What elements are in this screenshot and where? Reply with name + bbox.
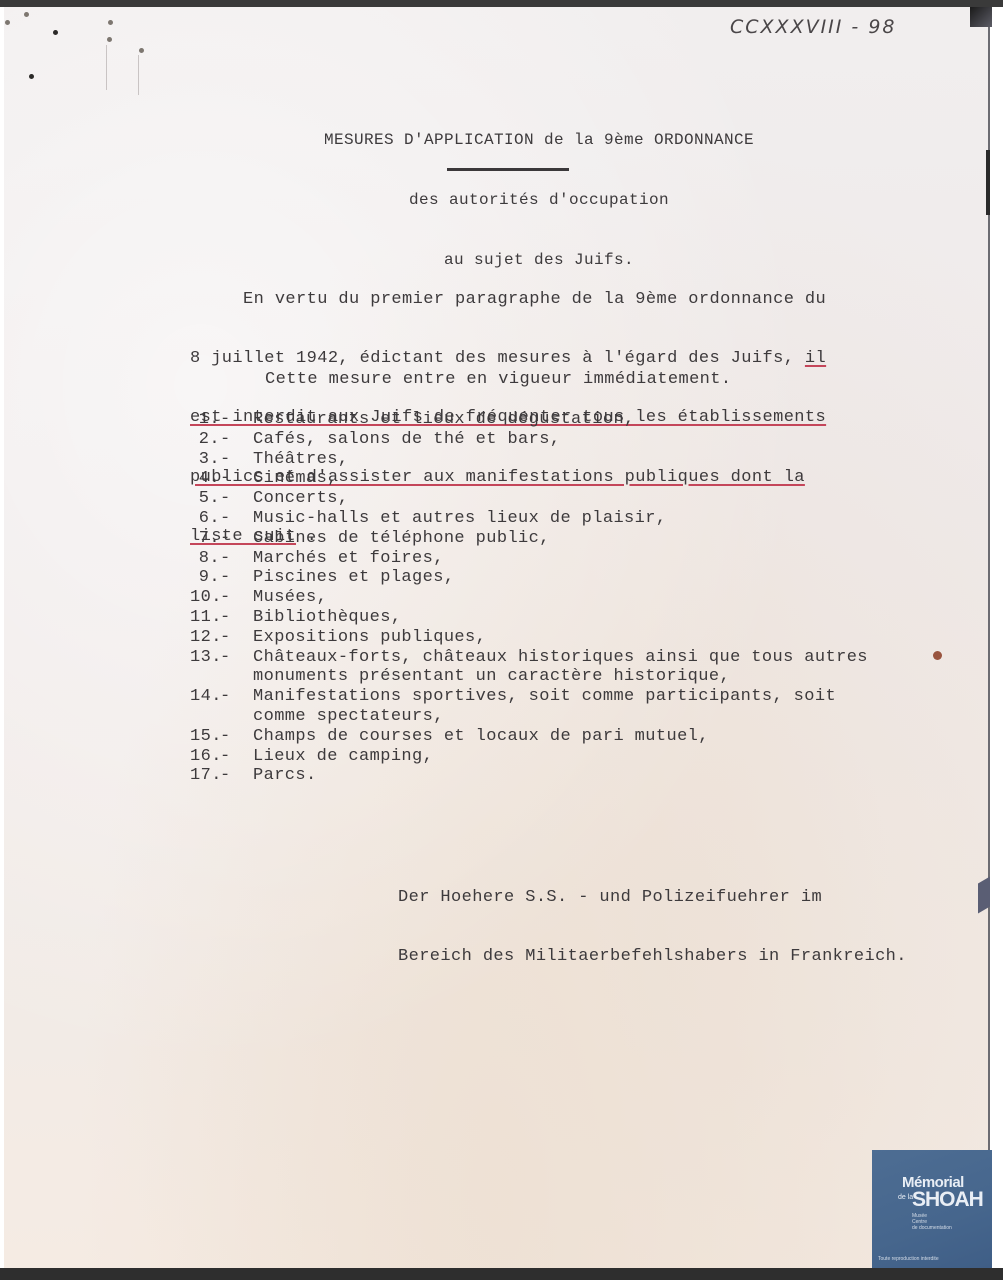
list-item-text: Restaurants et lieux de dégustation, <box>253 410 635 429</box>
list-separator: - <box>220 608 253 628</box>
list-item: 6.-Music-halls et autres lieux de plaisi… <box>190 509 868 529</box>
crease <box>138 55 139 95</box>
staple-hole <box>108 20 113 25</box>
staple-hole <box>5 20 10 25</box>
list-separator: - <box>220 747 253 767</box>
list-item-text: Champs de courses et locaux de pari mutu… <box>253 727 709 746</box>
list-item-number: 5. <box>190 489 220 509</box>
list-separator: - <box>220 766 253 786</box>
list-item: 14.-Manifestations sportives, soit comme… <box>190 687 868 707</box>
list-separator: - <box>220 628 253 648</box>
list-item-continuation: monuments présentant un caractère histor… <box>190 667 868 687</box>
title-divider <box>447 168 569 171</box>
list-item: 7.-Cabines de téléphone public, <box>190 529 868 549</box>
list-item: 9.-Piscines et plages, <box>190 568 868 588</box>
title-line: des autorités d'occupation <box>254 190 824 211</box>
list-item-number: 15. <box>190 727 220 747</box>
list-item-number: 13. <box>190 648 220 668</box>
staple-hole <box>29 74 34 79</box>
list-item-number: 9. <box>190 568 220 588</box>
page-corner-shadow <box>970 7 994 27</box>
list-item-number: 7. <box>190 529 220 549</box>
page-edge-margin <box>992 7 1003 1268</box>
list-separator: - <box>220 509 253 529</box>
list-item-number: 14. <box>190 687 220 707</box>
watermark-small: de la <box>898 1194 913 1201</box>
list-item-text: Music-halls et autres lieux de plaisir, <box>253 509 666 528</box>
list-item-number: 16. <box>190 747 220 767</box>
list-item-number: 1. <box>190 410 220 430</box>
crease <box>106 45 107 90</box>
archive-reference: CCXXXVIII - 98 <box>730 16 897 38</box>
list-item: 1.-Restaurants et lieux de dégustation, <box>190 410 868 430</box>
highlighted-text: il <box>805 349 826 368</box>
list-separator: - <box>220 430 253 450</box>
list-separator: - <box>220 687 253 707</box>
list-separator: - <box>220 549 253 569</box>
list-item-number: 12. <box>190 628 220 648</box>
list-item-number: 4. <box>190 469 220 489</box>
ink-stain <box>933 651 942 660</box>
edge-mark <box>986 150 990 215</box>
signature-line: Bereich des Militaerbefehlshabers in Fra… <box>398 947 907 967</box>
list-item: 8.-Marchés et foires, <box>190 549 868 569</box>
list-item-number: 6. <box>190 509 220 529</box>
list-item: 2.-Cafés, salons de thé et bars, <box>190 430 868 450</box>
list-item-number: 2. <box>190 430 220 450</box>
watermark-subtitle: Musée Centre de documentation <box>912 1213 952 1231</box>
list-item-text: Cinémas, <box>253 469 338 488</box>
list-separator: - <box>220 450 253 470</box>
prohibited-places-list: 1.-Restaurants et lieux de dégustation,2… <box>190 410 868 786</box>
photo-frame-bottom <box>0 1268 1003 1280</box>
list-item: 13.-Châteaux-forts, châteaux historiques… <box>190 648 868 668</box>
list-item-text: Bibliothèques, <box>253 608 401 627</box>
list-item-text: Expositions publiques, <box>253 628 486 647</box>
title-line: MESURES D'APPLICATION de la 9ème ORDONNA… <box>254 130 824 151</box>
list-item: 5.-Concerts, <box>190 489 868 509</box>
paragraph-text: 8 juillet 1942, édictant des mesures à l… <box>190 349 805 368</box>
list-item: 17.-Parcs. <box>190 766 868 786</box>
list-item-number: 10. <box>190 588 220 608</box>
staple-hole <box>139 48 144 53</box>
signature-block: Der Hoehere S.S. - und Polizeifuehrer im… <box>398 848 907 987</box>
paragraph-line: En vertu du premier paragraphe de la 9èm… <box>190 290 826 310</box>
list-item-text: Châteaux-forts, châteaux historiques ain… <box>253 648 868 667</box>
list-item-text: Parcs. <box>253 766 317 785</box>
staple-hole <box>107 37 112 42</box>
list-item-text: Cafés, salons de thé et bars, <box>253 430 560 449</box>
watermark-word: SHOAH <box>912 1188 983 1212</box>
paragraph-line: 8 juillet 1942, édictant des mesures à l… <box>190 349 826 369</box>
watermark-footer: Toute reproduction interdite <box>878 1256 939 1262</box>
list-separator: - <box>220 588 253 608</box>
list-item-text: Concerts, <box>253 489 348 508</box>
list-item: 15.-Champs de courses et locaux de pari … <box>190 727 868 747</box>
list-separator: - <box>220 529 253 549</box>
list-item-number: 17. <box>190 766 220 786</box>
list-item: 12.-Expositions publiques, <box>190 628 868 648</box>
memorial-shoah-watermark: Mémorial de la SHOAH Musée Centre de doc… <box>872 1150 992 1268</box>
list-item: 4.-Cinémas, <box>190 469 868 489</box>
list-item-text: Musées, <box>253 588 327 607</box>
list-separator: - <box>220 489 253 509</box>
photo-frame-top <box>0 0 1003 7</box>
list-item-number: 3. <box>190 450 220 470</box>
list-item-text: Cabines de téléphone public, <box>253 529 550 548</box>
list-separator: - <box>220 410 253 430</box>
list-item: 3.-Théâtres, <box>190 450 868 470</box>
list-item-text: Théâtres, <box>253 450 348 469</box>
list-item-number: 11. <box>190 608 220 628</box>
list-item-text: Piscines et plages, <box>253 568 454 587</box>
list-separator: - <box>220 469 253 489</box>
staple-hole <box>53 30 58 35</box>
list-item: 16.-Lieux de camping, <box>190 747 868 767</box>
list-separator: - <box>220 727 253 747</box>
list-item: 11.-Bibliothèques, <box>190 608 868 628</box>
list-item-text: Lieux de camping, <box>253 747 433 766</box>
list-separator: - <box>220 568 253 588</box>
staple-hole <box>24 12 29 17</box>
effect-statement: Cette mesure entre en vigueur immédiatem… <box>265 370 731 390</box>
list-item-text: Manifestations sportives, soit comme par… <box>253 687 836 706</box>
list-item-continuation: comme spectateurs, <box>190 707 868 727</box>
list-item: 10.-Musées, <box>190 588 868 608</box>
list-separator: - <box>220 648 253 668</box>
signature-line: Der Hoehere S.S. - und Polizeifuehrer im <box>398 888 907 908</box>
list-item-number: 8. <box>190 549 220 569</box>
list-item-text: Marchés et foires, <box>253 549 444 568</box>
